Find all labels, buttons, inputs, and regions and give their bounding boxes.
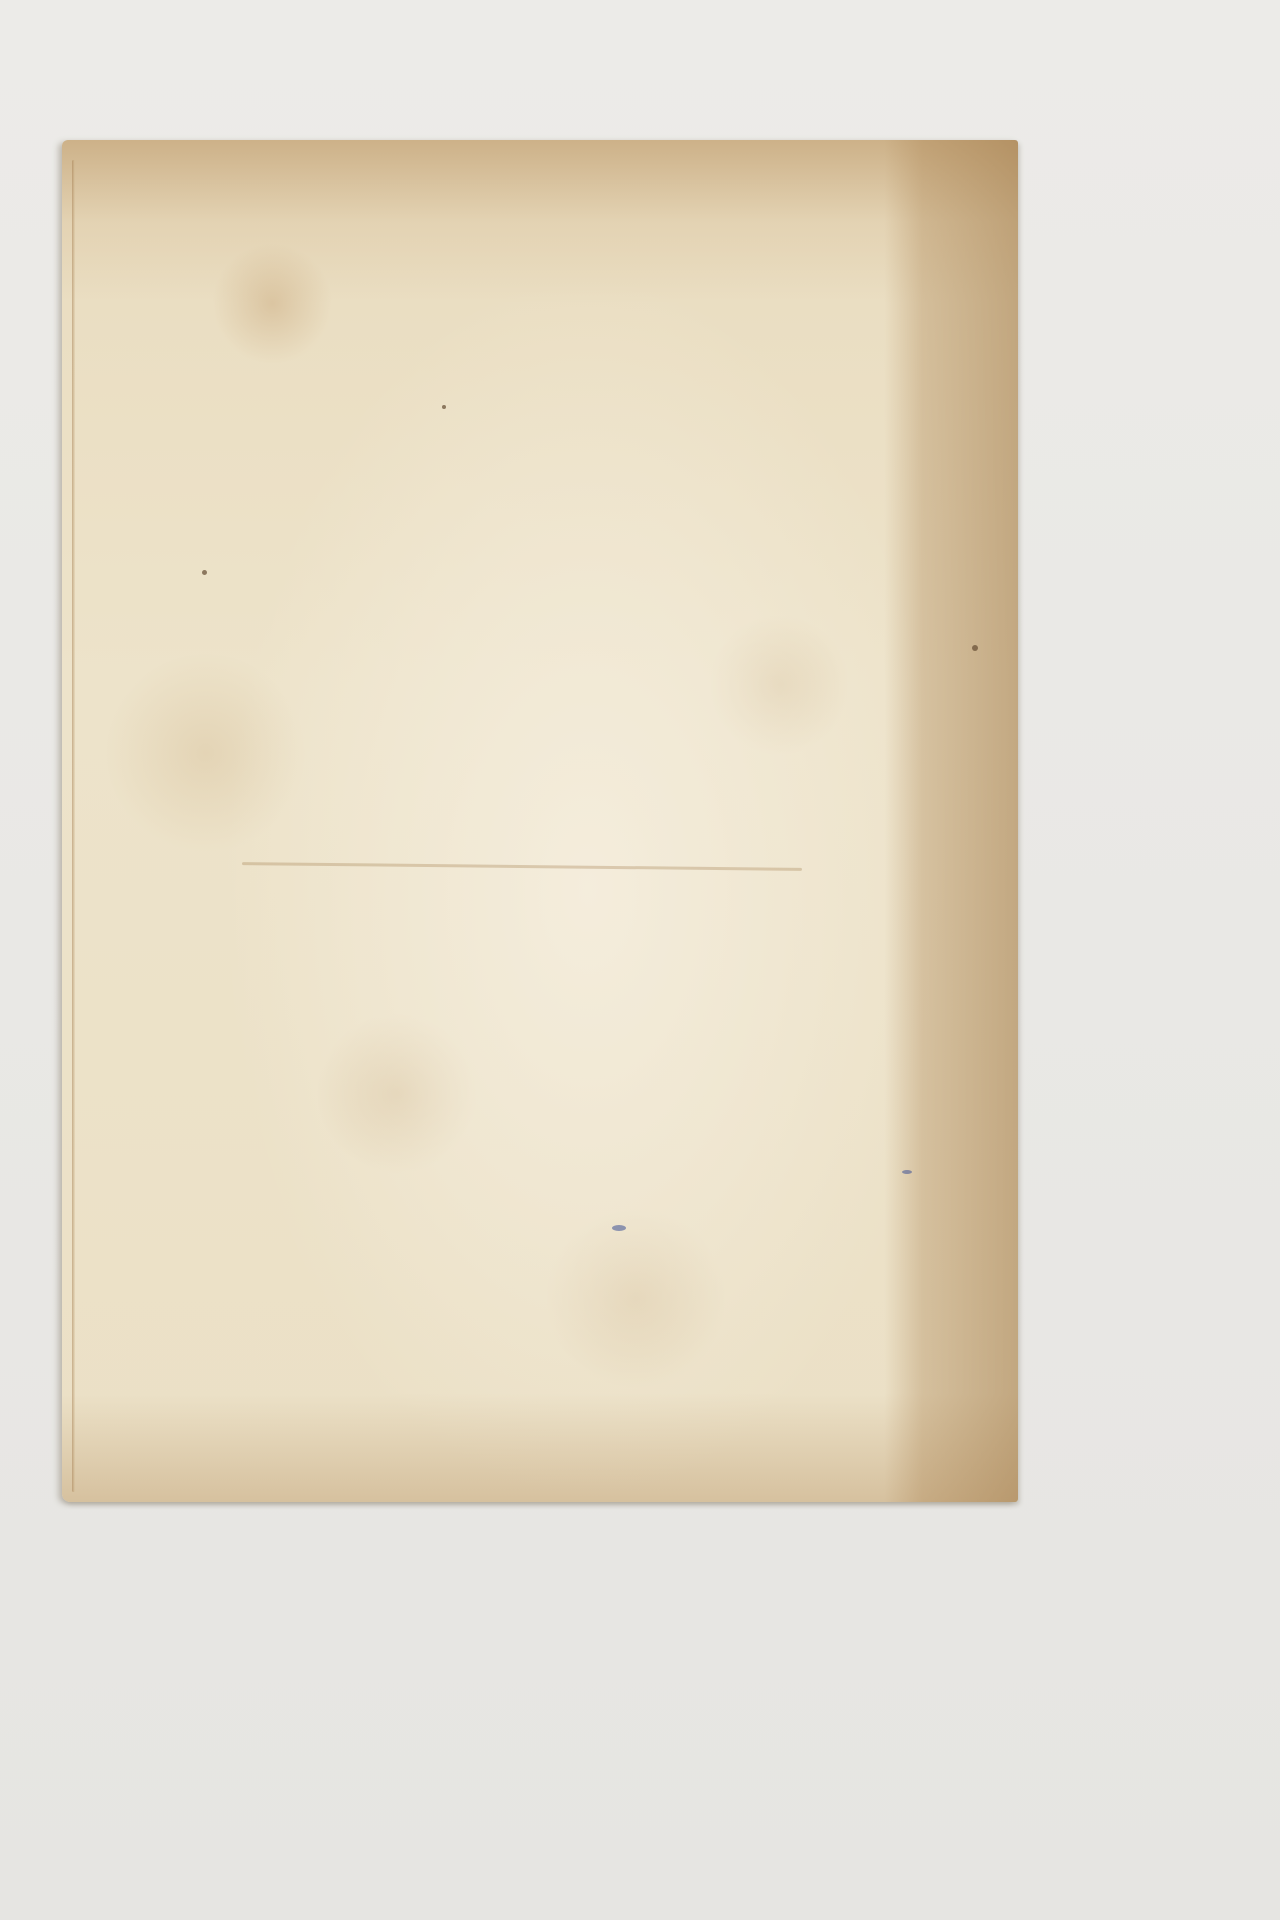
- blue-ink-mark: [902, 1170, 912, 1174]
- blue-ink-mark: [612, 1225, 626, 1231]
- book-back-cover: [62, 140, 1018, 1502]
- dark-spot: [202, 570, 207, 575]
- spine-edge: [72, 160, 75, 1492]
- dark-spot: [442, 405, 446, 409]
- dark-spot: [972, 645, 978, 651]
- paper-crease: [242, 862, 802, 871]
